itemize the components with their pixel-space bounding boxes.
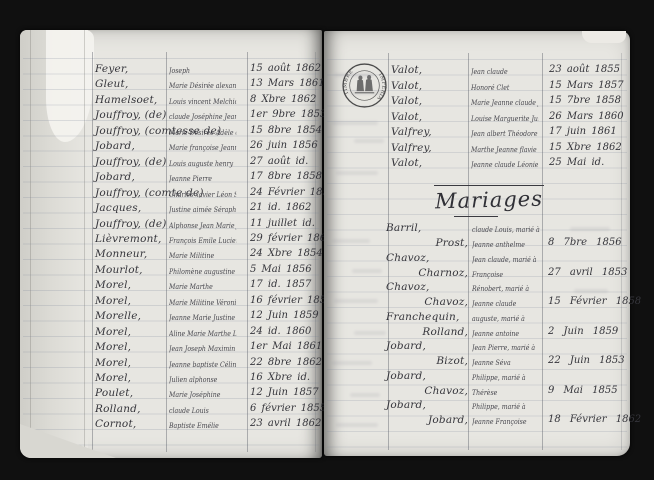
date-cell: 15 Mars 1857 [549, 80, 625, 92]
given-name-cell: Louis auguste henry [169, 158, 236, 170]
date-cell: 23 août 1855 [549, 64, 625, 76]
column-divider [92, 52, 93, 452]
page-edge-scrap [582, 31, 626, 43]
surname-cell: Jobard, [95, 140, 167, 152]
ink-bleed-mark [350, 91, 384, 95]
date-cell: 24 id. 1860 [250, 326, 318, 338]
date-cell: 22 8bre 1862 [250, 357, 318, 369]
marriage-spouse-line2-cell: Thérèse [472, 387, 549, 399]
given-name-cell: Louise Marguerite Justine [471, 113, 538, 125]
surname-cell: Morel, [95, 341, 167, 353]
marriage-surname2-cell: Chavoz, [384, 385, 468, 397]
given-name-cell: claude Louis [169, 405, 236, 417]
given-name-cell: Louis vincent Melchior [169, 96, 236, 108]
given-name-cell: Alphonse Jean Marie Joseph [169, 220, 236, 232]
given-name-cell: Baptiste Emélie [169, 420, 236, 432]
surname-cell: Morel, [95, 357, 167, 369]
surname-cell: Valfrey, [391, 142, 467, 154]
surname-cell: Jouffroy, (de) [95, 218, 167, 230]
marriage-spouse-line1-cell: Rénobert, marié à [472, 283, 549, 295]
date-cell: 12 Juin 1857 [250, 387, 318, 399]
surname-cell: Cornot, [95, 418, 167, 430]
surname-cell: Poulet, [95, 387, 167, 399]
date-cell: 26 Mars 1860 [549, 111, 625, 123]
marriage-date-cell: 8 7bre 1856 [548, 237, 628, 249]
surname-cell: Jacques, [95, 202, 167, 214]
marriage-spouse-line2-cell: Jeanne Françoise [472, 416, 549, 428]
marriage-spouse-line2-cell: Jeanne claude [472, 298, 549, 310]
date-cell: 15 7bre 1858 [549, 95, 625, 107]
given-name-cell: Justine aimée Séraphie [169, 204, 236, 216]
ink-bleed-mark [350, 393, 380, 397]
given-name-cell: Jeanne Marie Justine [169, 312, 236, 324]
date-cell: 17 juin 1861 [549, 126, 625, 138]
marriage-spouse-line1-cell: Jean Pierre, marié à [472, 342, 549, 354]
marriage-date-cell: 22 Juin 1853 [548, 355, 628, 367]
date-cell: 6 février 1855 [250, 403, 318, 415]
marriage-surname2-cell: Bizot, [384, 355, 468, 367]
surname-cell: Morel, [95, 372, 167, 384]
date-cell: 16 Xbre id. [250, 372, 318, 384]
given-name-cell: Joseph [169, 65, 236, 77]
marriage-date-cell: 27 avril 1853 [548, 267, 628, 279]
surname-cell: Morel, [95, 295, 167, 307]
given-name-cell: Marie Militine Véronique [169, 297, 236, 309]
column-divider [247, 52, 248, 452]
section-title: Mariages [422, 186, 557, 213]
date-cell: 17 id. 1857 [250, 279, 318, 291]
ink-bleed-mark [332, 121, 378, 125]
ink-bleed-mark [332, 361, 372, 365]
given-name-cell: Jean claude [471, 66, 538, 78]
marriage-spouse-line1-cell: Philippe, marié à [472, 401, 549, 413]
given-name-cell: Philomène augustine [169, 266, 236, 278]
surname-cell: Mourlot, [95, 264, 167, 276]
marriage-surname1-cell: Chavoz, [386, 252, 482, 264]
marriage-surname2-cell: Charnoz, [384, 267, 468, 279]
given-name-cell: Julien alphonse [169, 374, 236, 386]
surname-cell: Gleut, [95, 78, 167, 90]
date-cell: 16 février 1858 [250, 295, 318, 307]
given-name-cell: Charles xavier Léon Serra [169, 189, 236, 201]
given-name-cell: Jeanne Pierre [169, 173, 236, 185]
ink-bleed-mark [336, 423, 378, 427]
marriage-spouse-line2-cell: Françoise [472, 269, 549, 281]
date-cell: 15 Xbre 1862 [549, 142, 625, 154]
given-name-cell: Jeanne baptiste Céline [169, 359, 236, 371]
ink-bleed-mark [354, 331, 386, 335]
register-scan: Feyer,Joseph15 août 1862Gleut,Marie Dési… [0, 0, 654, 480]
date-cell: 17 8bre 1858 [250, 171, 318, 183]
surname-cell: Valot, [391, 64, 467, 76]
ink-bleed-mark [574, 289, 608, 293]
given-name-cell: Marie Jeanne claude Joséphine [471, 97, 538, 109]
surname-cell: Feyer, [95, 63, 167, 75]
date-cell: 12 Juin 1859 [250, 310, 318, 322]
marriage-date-cell: 9 Mai 1855 [548, 385, 628, 397]
date-cell: 25 Mai id. [549, 157, 625, 169]
date-cell: 13 Mars 1861 [250, 78, 318, 90]
marriage-surname1-cell: Jobard, [386, 370, 482, 382]
marriage-surname1-cell: Barril, [386, 222, 482, 234]
ink-bleed-mark [332, 239, 370, 243]
surname-cell: Lièvremont, [95, 233, 167, 245]
date-cell: 29 février 1860 [250, 233, 318, 245]
given-name-cell: Jean albert Théodore [471, 128, 538, 140]
marriage-surname2-cell: Rolland, [384, 326, 468, 338]
marriage-surname1-cell: Jobard, [386, 399, 482, 411]
marriage-surname1-cell: Chavoz, [386, 281, 482, 293]
surname-cell: Valot, [391, 80, 467, 92]
section-rule-bottom [454, 216, 498, 217]
surname-cell: Jobard, [95, 171, 167, 183]
surname-cell: Jouffroy, (de) [95, 109, 167, 121]
given-name-cell: Marie Joséphine [169, 389, 236, 401]
ink-bleed-mark [336, 171, 378, 175]
given-name-cell: Jeanne claude Léonie [471, 159, 538, 171]
date-cell: 26 juin 1856 [250, 140, 318, 152]
given-name-cell: Marie Désirée alexandrine [169, 80, 236, 92]
marriage-spouse-line1-cell: Jean claude, marié à [472, 254, 549, 266]
surname-cell: Valot, [391, 157, 467, 169]
right-page: TIMBRE IMPÉRIAL Valot,Jean claude23 août… [324, 31, 630, 456]
date-cell: 11 juillet id. [250, 218, 318, 230]
marriage-spouse-line2-cell: Jeanne antoine [472, 328, 549, 340]
date-cell: 5 Mai 1856 [250, 264, 318, 276]
marriage-surname1-cell: Franchequin, [386, 311, 482, 323]
surname-cell: Morel, [95, 279, 167, 291]
given-name-cell: claude Joséphine Jeanne [169, 111, 236, 123]
surname-cell: Rolland, [95, 403, 167, 415]
given-name-cell: Marie françoise Jeanne Emilie [169, 142, 236, 154]
marriage-surname1-cell: Jobard, [386, 340, 482, 352]
surname-cell: Jouffroy, (comte de) [95, 187, 167, 199]
marriage-date-cell: 15 Février 1858 [548, 296, 628, 308]
date-cell: 1er Mai 1861 [250, 341, 318, 353]
date-cell: 24 Février 1859 [250, 187, 318, 199]
surname-cell: Valot, [391, 95, 467, 107]
ink-bleed-mark [334, 73, 374, 77]
given-name-cell: Marie Désirée Adèle dite Félicité [169, 127, 236, 139]
date-cell: 27 août id. [250, 156, 318, 168]
given-name-cell: Honoré Clet [471, 82, 538, 94]
marriage-spouse-line2-cell: Jeanne anthelme [472, 239, 549, 251]
surname-cell: Hamelsoet, [95, 94, 167, 106]
surname-cell: Morel, [95, 326, 167, 338]
date-cell: 24 Xbre 1854 [250, 248, 318, 260]
given-name-cell: Aline Marie Marthe Louise [169, 328, 236, 340]
left-page: Feyer,Joseph15 août 1862Gleut,Marie Dési… [20, 30, 322, 458]
date-cell: 21 id. 1862 [250, 202, 318, 214]
marriage-surname2-cell: Jobard, [384, 414, 468, 426]
ink-bleed-mark [352, 269, 382, 273]
given-name-cell: Marthe Jeanne flavie [471, 144, 538, 156]
ink-bleed-mark [354, 139, 384, 143]
marriage-spouse-line1-cell: Philippe, marié à [472, 372, 549, 384]
marriage-spouse-line1-cell: auguste, marié à [472, 313, 549, 325]
surname-cell: Valfrey, [391, 126, 467, 138]
marriage-date-cell: 18 Février 1862 [548, 414, 628, 426]
marriage-surname2-cell: Chavoz, [384, 296, 468, 308]
date-cell: 8 Xbre 1862 [250, 94, 318, 106]
surname-cell: Jouffroy, (comtesse de) [95, 125, 167, 137]
date-cell: 23 avril 1862 [250, 418, 318, 430]
surname-cell: Jouffroy, (de) [95, 156, 167, 168]
given-name-cell: Marie Marthe [169, 281, 236, 293]
given-name-cell: Jean Joseph Maximin [169, 343, 236, 355]
surname-cell: Valot, [391, 111, 467, 123]
imperial-stamp-icon: TIMBRE IMPÉRIAL [341, 62, 388, 109]
marriage-surname2-cell: Prost, [384, 237, 468, 249]
marriage-spouse-line1-cell: claude Louis, marié à [472, 224, 549, 236]
surname-cell: Morelle, [95, 310, 167, 322]
surname-cell: Monneur, [95, 248, 167, 260]
given-name-cell: François Emile Lucien [169, 235, 236, 247]
date-cell: 1er 9bre 1853 [250, 109, 318, 121]
given-name-cell: Marie Militine [169, 250, 236, 262]
ink-bleed-mark [334, 299, 378, 303]
marriage-spouse-line2-cell: Jeanne Séva [472, 357, 549, 369]
ink-bleed-mark [570, 227, 610, 231]
marriage-date-cell: 2 Juin 1859 [548, 326, 628, 338]
date-cell: 15 8bre 1854 [250, 125, 318, 137]
date-cell: 15 août 1862 [250, 63, 318, 75]
